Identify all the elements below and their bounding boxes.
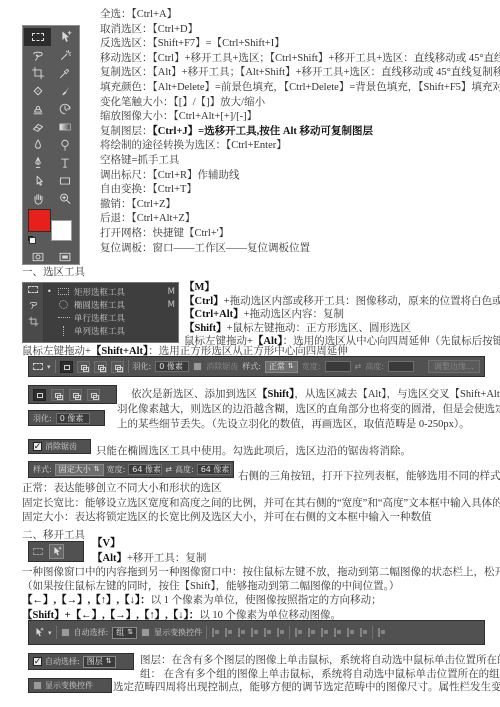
autoselect-dropdown[interactable]: 组⇅: [112, 627, 137, 639]
dropdown-arrows-icon: ⇅: [94, 464, 100, 475]
crop-icon[interactable]: [28, 316, 39, 327]
tool-magic-wand[interactable]: [51, 46, 78, 64]
dropdown-arrows-icon: ⇅: [106, 656, 112, 667]
menu-item-shortcut: M: [168, 287, 175, 297]
antialias-description: 只能在椭圆选区工具中使用。勾选此项后，选区边沿的锯齿将消除。: [96, 445, 411, 460]
height-label: 高度:: [175, 464, 194, 475]
feather-label: 羽化:: [133, 361, 152, 372]
height-input[interactable]: 64 像素: [197, 464, 231, 475]
background-color-swatch[interactable]: [51, 220, 72, 241]
text-line: 取消选区：【Ctrl+D】: [100, 23, 500, 38]
style-bar-screenshot: 样式: 固定大小⇅ 宽度: 64 像素 ⇄ 高度: 64 像素: [28, 461, 234, 478]
menu-item-single-row[interactable]: 单行选框工具: [47, 311, 175, 324]
color-swatches: [27, 209, 75, 247]
text-line: 固定长宽比：能够设立选区宽度和高度之间的比例，并可在其右侧的“宽度”和“高度”文…: [22, 497, 500, 512]
distribute-bottom-icon[interactable]: [320, 628, 329, 637]
text-line: 固定大小：表达将锁定选区的长宽比例及选区大小，并可在右侧的文本框中输入一种数值: [22, 511, 500, 526]
flyout-tool-strip: [23, 283, 44, 342]
tool-hand[interactable]: [24, 190, 51, 208]
align-bottom-icon[interactable]: [237, 628, 246, 637]
mode-buttons-caption: 依次是新选区、添加到选区【Shift】，从选区减去【Alt】，与选区交叉【Shi…: [131, 388, 500, 403]
text-line: 羽化像素越大，则选区的边沿越含糊，选区的直角部分也将变的圆滑，但是会使选定范畴边…: [117, 403, 500, 418]
move-icon: [51, 546, 62, 557]
style-label: 样式:: [33, 464, 52, 475]
text-line: 撤销：【Ctrl+Z】: [100, 198, 500, 213]
marquee-options-bar-screenshot: ▾ 羽化: 0 像素 消除锯齿 样式: 正常⇅ 宽度: ⇄ 高度: 调整边缘…: [28, 356, 485, 377]
marquee-flyout-screenshot: • 矩形选框工具 M 椭圆选框工具 M 单行选框工具 单列选框工具: [22, 282, 179, 343]
style-dropdown[interactable]: 固定大小⇅: [55, 464, 104, 476]
tool-shape[interactable]: [51, 172, 78, 190]
autoselect-dropdown[interactable]: 图层⇅: [83, 656, 116, 668]
crop-icon: [31, 66, 45, 80]
swap-dimensions-icon[interactable]: ⇄: [355, 362, 362, 371]
tool-crop[interactable]: [24, 64, 51, 82]
show-transform-label: 显示变换控件: [154, 627, 202, 638]
show-transform-screenshot: 显示变换控件: [28, 678, 112, 693]
move-tool-button[interactable]: [49, 544, 64, 559]
text-line: 【←】,【→】,【↑】,【↓】：以 1 个像素为单位，使图像按照指定的方向移动；: [22, 594, 500, 608]
text-line: 空格键=抓手工具: [100, 154, 500, 169]
intersect-selection-button[interactable]: [87, 389, 100, 401]
healing-brush-icon: [31, 84, 45, 98]
align-top-icon[interactable]: [211, 628, 220, 637]
default-colors-icon[interactable]: [28, 236, 36, 244]
distribute-right-icon[interactable]: [359, 628, 368, 637]
move-icon: [58, 30, 72, 44]
rectangular-marquee-icon[interactable]: [28, 286, 38, 293]
blur-drop-icon: [31, 138, 45, 152]
brush-icon: [58, 84, 72, 98]
tool-zoom[interactable]: [51, 190, 78, 208]
move-tool-screenshot: [28, 541, 84, 562]
checkmark-icon: ✓: [34, 658, 42, 666]
tool-move[interactable]: [51, 28, 78, 46]
photoshop-toolbox-screenshot: [22, 25, 80, 265]
height-label: 高度:: [365, 361, 384, 372]
distribute-top-icon[interactable]: [294, 628, 303, 637]
autoselect-screenshot: ✓ 自动选择: 图层⇅: [28, 653, 134, 670]
menu-item-label: 矩形选框工具: [74, 286, 125, 298]
tool-blur[interactable]: [24, 136, 51, 154]
new-selection-button[interactable]: [33, 389, 46, 401]
section2-heading: 二、移开工具: [22, 527, 85, 542]
text-line: 【Alt】+移开工具：复制: [92, 552, 206, 567]
move-tool-paragraph: 一种图像窗口中的内容拖到另一种图像窗口中：按住鼠标左键不放，拖动到第二幅图像的状…: [22, 566, 500, 623]
intersect-selection-button[interactable]: [111, 361, 124, 373]
move-options-bar-screenshot: ▾ 自动选择: 组⇅ 显示变换控件: [28, 620, 485, 645]
text-line: 一种图像窗口中的内容拖到另一种图像窗口中：按住鼠标左键不放，拖动到第二幅图像的状…: [22, 566, 500, 580]
eraser-icon: [31, 120, 45, 134]
show-transform-checkbox[interactable]: [141, 628, 150, 637]
selected-bullet-icon: •: [47, 287, 53, 296]
text-line: 移动选区：【Ctrl】+移开工具+选区；【Ctrl+Shift】+移开工具+选区…: [100, 52, 500, 67]
eyedropper-icon: [58, 66, 72, 80]
move-icon[interactable]: [33, 627, 44, 638]
tool-pen[interactable]: [24, 154, 51, 172]
flyout-menu: • 矩形选框工具 M 椭圆选框工具 M 单行选框工具 单列选框工具: [44, 283, 178, 342]
width-input[interactable]: [325, 361, 351, 372]
feather-input[interactable]: 0 像素: [155, 361, 189, 372]
add-to-selection-button[interactable]: [77, 361, 90, 373]
text-line: 【V】: [92, 537, 206, 552]
shortcut-list: 全选：【Ctrl+A】取消选区：【Ctrl+D】反选选区：【Shift+F7】=…: [100, 8, 500, 256]
autoselect-value: 图层: [87, 656, 103, 667]
tool-rectangular-marquee[interactable]: [24, 28, 51, 46]
text-line: 复制选区：【Alt】+移开工具；【Alt+Shift】+移开工具+选区：直线移动…: [100, 66, 500, 81]
width-label: 宽度:: [302, 361, 321, 372]
subtract-from-selection-button[interactable]: [94, 361, 107, 373]
menu-item-label: 单行选框工具: [74, 312, 125, 324]
text-line: 【M】: [184, 281, 500, 295]
feather-input[interactable]: 0 像素: [56, 413, 90, 424]
move-tool-notes: 【V】【Alt】+移开工具：复制: [92, 537, 206, 566]
clone-stamp-icon: [31, 102, 45, 116]
zoom-icon: [58, 192, 72, 206]
tool-clone-stamp[interactable]: [24, 100, 51, 118]
width-label: 宽度:: [107, 464, 126, 475]
tool-eyedropper[interactable]: [51, 64, 78, 82]
text-line: 【Ctrl】+拖动选区内部或移开工具：图像移动，原来的位置将白色或透明色填充: [184, 295, 500, 309]
text-line: 调出标尺：【Ctrl+R】作辅助线: [100, 169, 500, 184]
dashed-row-icon: [57, 317, 70, 318]
tool-eraser[interactable]: [24, 118, 51, 136]
gradient-icon: [58, 120, 72, 134]
tool-dodge[interactable]: [51, 136, 78, 154]
text-line: 后退：【Ctrl+Alt+Z】: [100, 212, 500, 227]
distribute-middle-icon[interactable]: [307, 628, 316, 637]
dashed-rect-icon: [57, 288, 70, 295]
autoselect-label: 自动选择:: [74, 627, 109, 638]
hand-icon: [31, 192, 45, 206]
preset-arrow-icon[interactable]: ▾: [48, 629, 52, 637]
show-transform-checkbox[interactable]: [33, 681, 42, 690]
tool-history-brush[interactable]: [51, 100, 78, 118]
text-line: 全选：【Ctrl+A】: [100, 8, 500, 23]
type-icon: [58, 156, 72, 170]
lasso-icon: [31, 48, 45, 62]
text-line: 上的某些细节丢失。（先设立羽化的数值，再画选区，取值范畴是 0-250px）。: [117, 418, 500, 433]
dashed-column-icon: [57, 326, 70, 336]
tool-lasso[interactable]: [24, 46, 51, 64]
text-line: 【Shift】+鼠标左键拖动：正方形选区、圆形选区: [184, 322, 500, 336]
height-input[interactable]: [388, 361, 414, 372]
text-line: 反选选区：【Shift+F7】=【Ctrl+Shift+I】: [100, 37, 500, 52]
menu-item-label: 椭圆选框工具: [74, 299, 125, 311]
menu-item-label: 单列选框工具: [74, 325, 125, 337]
rectangular-marquee-icon: [32, 33, 44, 41]
tool-path-selection[interactable]: [24, 172, 51, 190]
text-line: 正常：表达能够创立不同大小和形状的选区: [22, 482, 500, 497]
rectangular-marquee-icon[interactable]: [33, 363, 43, 370]
style-description: 正常：表达能够创立不同大小和形状的选区固定长宽比：能够设立选区宽度和高度之间的比…: [22, 482, 500, 526]
tool-type[interactable]: [51, 154, 78, 172]
preset-arrow-icon[interactable]: ▾: [47, 363, 51, 371]
marquee-notes: 【M】【Ctrl】+拖动选区内部或移开工具：图像移动，原来的位置将白色或透明色填…: [184, 281, 500, 349]
antialias-checkbox[interactable]: ✓: [33, 442, 42, 451]
align-left-icon[interactable]: [250, 628, 259, 637]
text-line: 自由变换：【Ctrl+T】: [100, 183, 500, 198]
new-selection-button[interactable]: [60, 361, 73, 373]
path-selection-icon: [31, 174, 45, 188]
dashed-ellipse-icon: [57, 300, 70, 309]
refine-edge-button[interactable]: 调整边缘…: [428, 360, 480, 373]
auto-align-icon[interactable]: [377, 628, 386, 637]
antialias-checkbox[interactable]: [193, 362, 202, 371]
section1-heading: 一、选区工具: [22, 264, 85, 279]
menu-item-shortcut: M: [168, 300, 175, 310]
text-line: 缩放图像大小：【Ctrl+Alt+[+]/[-]】: [100, 110, 500, 125]
selection-mode-buttons-screenshot: [28, 385, 117, 404]
autoselect-label: 自动选择:: [45, 656, 80, 667]
shape-rectangle-icon: [58, 174, 72, 188]
add-to-selection-button[interactable]: [51, 389, 64, 401]
distribute-center-icon[interactable]: [346, 628, 355, 637]
text-line: 复位调板：窗口——工作区——复位调板位置: [100, 242, 500, 257]
screen-mode-icon: [58, 250, 72, 264]
text-line: 组： 在含有多个组的图像上单击鼠标，系统将自动选中鼠标单击位置所在的组。: [140, 668, 500, 682]
text-line: 打开网格：快捷键【Ctrl+'】: [100, 227, 500, 242]
antialias-checkbox-screenshot: ✓ 消除锯齿: [28, 439, 91, 454]
text-line: 【Ctrl+Alt】+拖动选区内容：复制: [184, 308, 500, 322]
antialias-label: 消除锯齿: [206, 361, 238, 372]
feather-label: 羽化:: [33, 413, 52, 424]
tool-healing-brush[interactable]: [24, 82, 51, 100]
text-line: （如果按住鼠标左键的同时，按住【Shift】，能够拖动到第二幅图像的中间位置。）: [22, 580, 500, 594]
show-transform-label: 显示变换控件: [45, 680, 93, 691]
autoselect-checkbox[interactable]: [61, 628, 70, 637]
lasso-icon[interactable]: [28, 299, 39, 310]
rectangular-marquee-icon[interactable]: [33, 548, 43, 555]
antialias-label: 消除锯齿: [45, 441, 77, 452]
menu-item-single-column[interactable]: 单列选框工具: [47, 324, 175, 337]
tool-brush[interactable]: [51, 82, 78, 100]
autoselect-description: 图层：在含有多个图层的图像上单击鼠标，系统将自动选中鼠标单击位置所在的图层。组：…: [140, 654, 500, 681]
quick-mask-icon: [31, 250, 45, 264]
style-dropdown[interactable]: 正常⇅: [265, 361, 298, 373]
align-center-icon[interactable]: [263, 628, 272, 637]
width-input[interactable]: 64 像素: [128, 464, 162, 475]
autoselect-value: 组: [116, 627, 124, 638]
text-line: 将绘制的途径转换为选区：【Ctrl+Enter】: [100, 139, 500, 154]
align-right-icon[interactable]: [276, 628, 285, 637]
dodge-icon: [58, 138, 72, 152]
align-middle-icon[interactable]: [224, 628, 233, 637]
magic-wand-icon: [58, 48, 72, 62]
pen-icon: [31, 156, 45, 170]
transform-description: 选定范畴四周将出现控制点，能够方便的调节选定范畴中的图像尺寸。属性栏发生变化，能…: [113, 681, 500, 696]
tool-grid: [24, 28, 78, 208]
tool-gradient[interactable]: [51, 118, 78, 136]
text-line: 填充颜色：【Alt+Delete】=前景色填充，【Ctrl+Delete】=背景…: [100, 81, 500, 96]
dropdown-arrows-icon: ⇅: [127, 627, 133, 638]
history-brush-icon: [58, 102, 72, 116]
dropdown-arrows-icon: ⇅: [288, 361, 294, 372]
subtract-from-selection-button[interactable]: [69, 389, 82, 401]
feather-field-screenshot: 羽化: 0 像素: [28, 410, 105, 426]
text-line: 图层：在含有多个图层的图像上单击鼠标，系统将自动选中鼠标单击位置所在的图层。: [140, 654, 500, 668]
foreground-color-swatch[interactable]: [28, 209, 51, 232]
swap-dimensions-icon[interactable]: ⇄: [165, 465, 172, 474]
checkmark-icon: ✓: [34, 443, 42, 451]
autoselect-checkbox[interactable]: ✓: [33, 657, 42, 666]
menu-item-ellipse-marquee[interactable]: 椭圆选框工具 M: [47, 298, 175, 311]
style-value: 正常: [269, 361, 285, 372]
style-label: 样式:: [242, 361, 261, 372]
text-line: 复制图层：【Ctrl+J】=选移开工具,按住 Alt 移动可复制图层: [100, 125, 500, 140]
menu-item-rect-marquee[interactable]: • 矩形选框工具 M: [47, 285, 175, 298]
text-line: 依次是新选区、添加到选区【Shift】，从选区减去【Alt】，与选区交叉【Shi…: [131, 388, 500, 403]
distribute-left-icon[interactable]: [333, 628, 342, 637]
style-value: 固定大小: [59, 464, 91, 475]
feather-description: 羽化像素越大，则选区的边沿越含糊，选区的直角部分也将变的圆滑，但是会使选定范畴边…: [117, 403, 500, 432]
text-line: 变化笔触大小：【[】/【]】放大/缩小: [100, 96, 500, 111]
